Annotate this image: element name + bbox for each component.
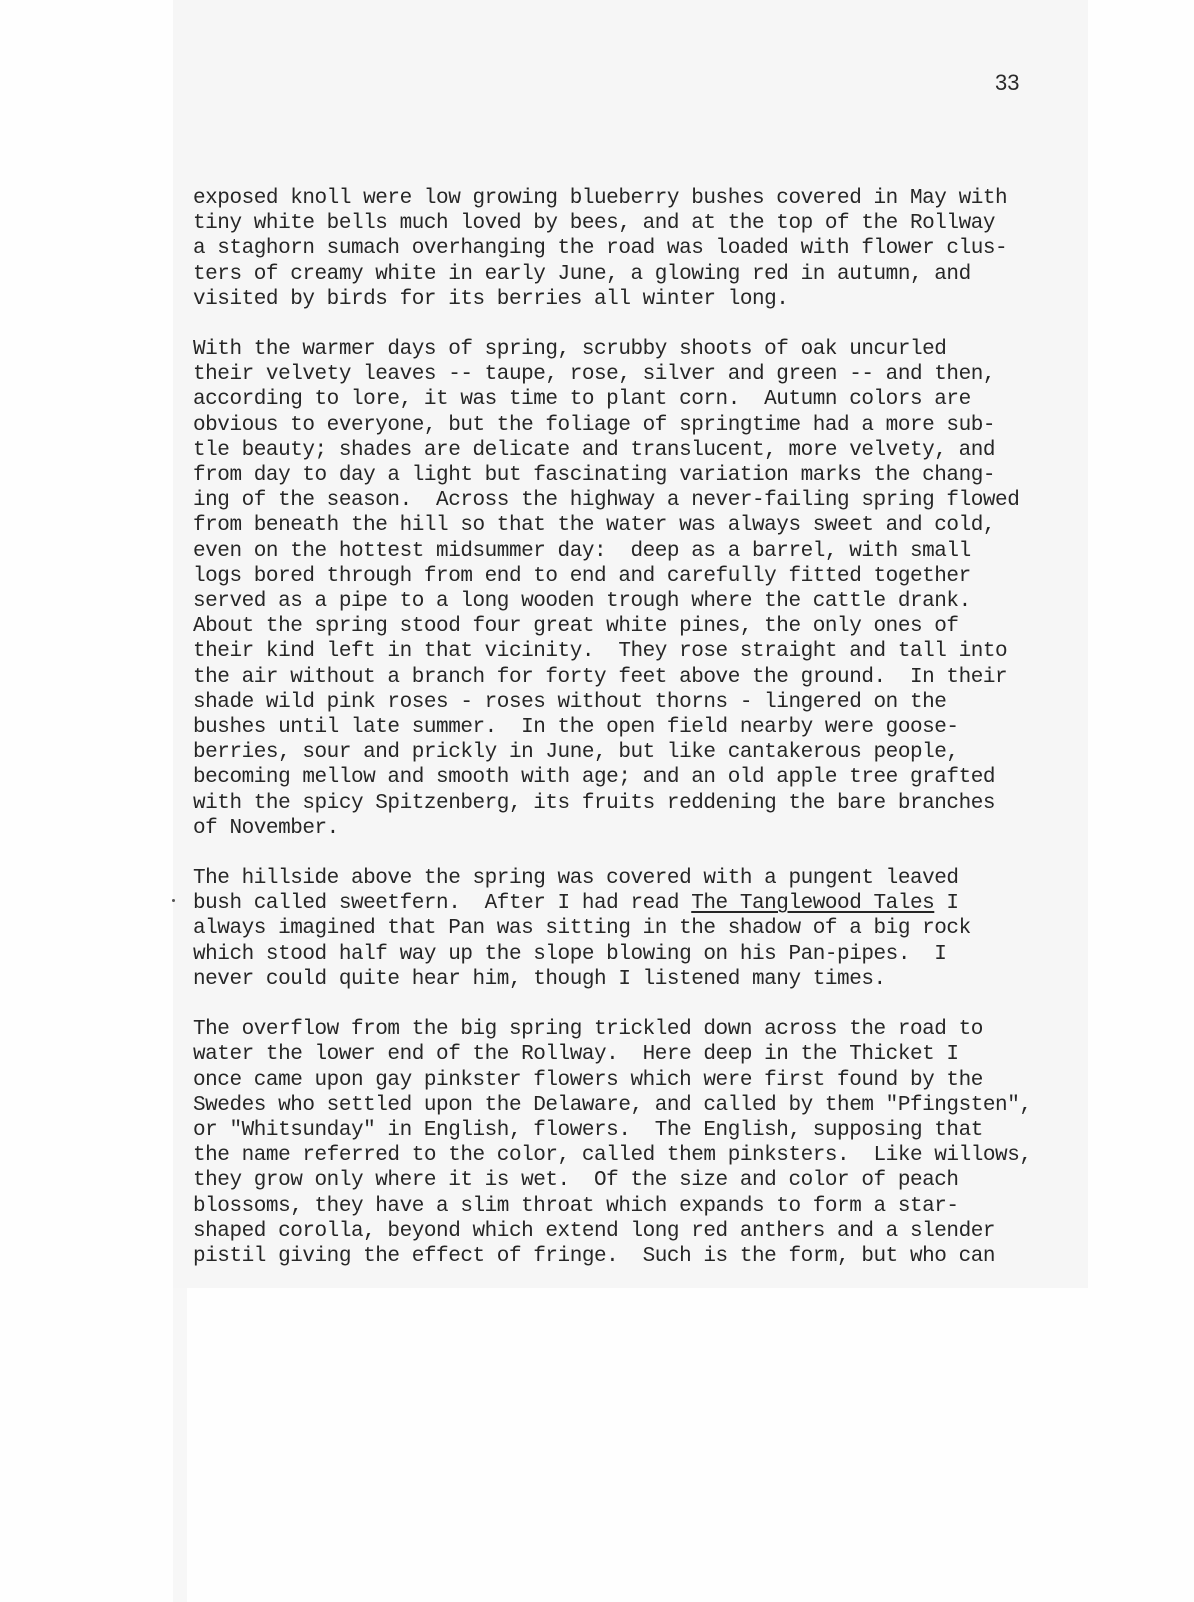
book-title: The Tanglewood Tales xyxy=(691,892,934,915)
text-line: blossoms, they have a slim throat which … xyxy=(193,1194,1073,1219)
text-line: or "Whitsunday" in English, flowers. The… xyxy=(193,1118,1073,1143)
text-line: always imagined that Pan was sitting in … xyxy=(193,916,1073,941)
text-line: tiny white bells much loved by bees, and… xyxy=(193,211,1073,236)
text-line: the air without a branch for forty feet … xyxy=(193,665,1073,690)
scan-speck xyxy=(172,899,175,902)
paragraph-4: The overflow from the big spring trickle… xyxy=(193,1017,1073,1269)
text-line: even on the hottest midsummer day: deep … xyxy=(193,539,1073,564)
page-number: 33 xyxy=(995,70,1019,96)
text-line: once came upon gay pinkster flowers whic… xyxy=(193,1068,1073,1093)
text-line: never could quite hear him, though I lis… xyxy=(193,967,1073,992)
text-line: About the spring stood four great white … xyxy=(193,614,1073,639)
text-line: The hillside above the spring was covere… xyxy=(193,866,1073,891)
text-line: from beneath the hill so that the water … xyxy=(193,513,1073,538)
text-line: from day to day a light but fascinating … xyxy=(193,463,1073,488)
text-line: the name referred to the color, called t… xyxy=(193,1143,1073,1168)
text-line: bushes until late summer. In the open fi… xyxy=(193,715,1073,740)
text-line: Swedes who settled upon the Delaware, an… xyxy=(193,1093,1073,1118)
paragraph-1: exposed knoll were low growing blueberry… xyxy=(193,186,1073,312)
scan-edge-strip xyxy=(173,1288,187,1602)
text-line: their kind left in that vicinity. They r… xyxy=(193,639,1073,664)
text-line: exposed knoll were low growing blueberry… xyxy=(193,186,1073,211)
text-segment: bush called sweetfern. After I had read xyxy=(193,892,691,915)
text-line: shade wild pink roses - roses without th… xyxy=(193,690,1073,715)
paragraph-2: With the warmer days of spring, scrubby … xyxy=(193,337,1073,841)
text-line: of November. xyxy=(193,816,1073,841)
text-line: visited by birds for its berries all win… xyxy=(193,287,1073,312)
text-line: with the spicy Spitzenberg, its fruits r… xyxy=(193,791,1073,816)
text-line: becoming mellow and smooth with age; and… xyxy=(193,765,1073,790)
text-line-with-title: bush called sweetfern. After I had read … xyxy=(193,891,1073,916)
text-line: tle beauty; shades are delicate and tran… xyxy=(193,438,1073,463)
text-line: logs bored through from end to end and c… xyxy=(193,564,1073,589)
text-line: obvious to everyone, but the foliage of … xyxy=(193,413,1073,438)
text-line: water the lower end of the Rollway. Here… xyxy=(193,1042,1073,1067)
text-line: berries, sour and prickly in June, but l… xyxy=(193,740,1073,765)
text-line: according to lore, it was time to plant … xyxy=(193,387,1073,412)
text-line: shaped corolla, beyond which extend long… xyxy=(193,1219,1073,1244)
text-line: their velvety leaves -- taupe, rose, sil… xyxy=(193,362,1073,387)
text-line: ters of creamy white in early June, a gl… xyxy=(193,262,1073,287)
text-line: With the warmer days of spring, scrubby … xyxy=(193,337,1073,362)
text-line: pistil giving the effect of fringe. Such… xyxy=(193,1244,1073,1269)
text-segment: I xyxy=(934,892,958,915)
paragraph-3: The hillside above the spring was covere… xyxy=(193,866,1073,992)
text-line: served as a pipe to a long wooden trough… xyxy=(193,589,1073,614)
text-line: which stood half way up the slope blowin… xyxy=(193,942,1073,967)
text-line: ing of the season. Across the highway a … xyxy=(193,488,1073,513)
body-text: exposed knoll were low growing blueberry… xyxy=(193,186,1073,1294)
text-line: The overflow from the big spring trickle… xyxy=(193,1017,1073,1042)
text-line: they grow only where it is wet. Of the s… xyxy=(193,1168,1073,1193)
text-line: a staghorn sumach overhanging the road w… xyxy=(193,236,1073,261)
